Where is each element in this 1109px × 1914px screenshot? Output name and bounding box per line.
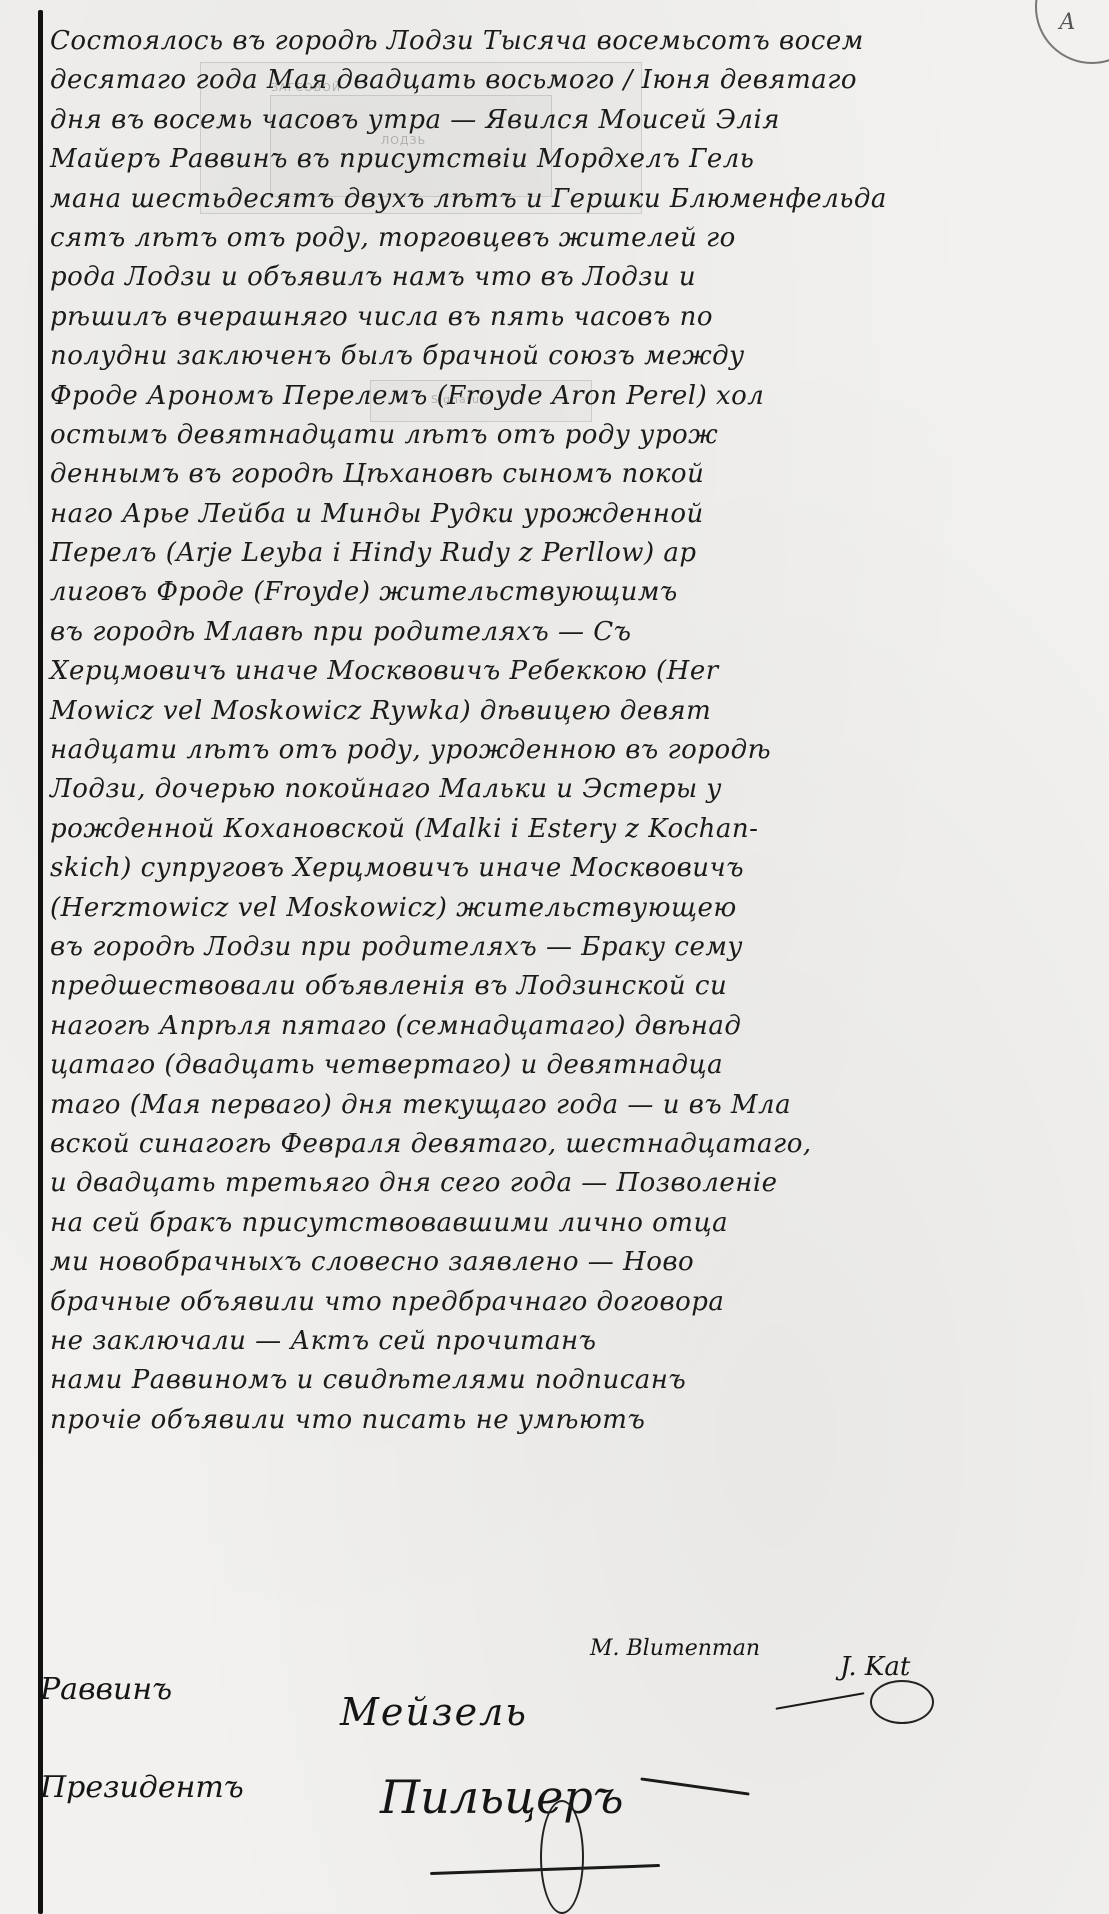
record-line: брачные объявили что предбрачнаго догово… <box>50 1283 1109 1322</box>
record-line: и двадцать третьяго дня сего года — Позв… <box>50 1164 1109 1203</box>
record-line: цатаго (двадцать четвертаго) и девятнадц… <box>50 1046 1109 1085</box>
record-line: надцати лѣтъ отъ роду, урожденною въ гор… <box>50 731 1109 770</box>
record-line: рожденной Кохановской (Malki i Estery z … <box>50 810 1109 849</box>
record-line: нагогѣ Апрѣля пятаго (семнадцатаго) двѣн… <box>50 1007 1109 1046</box>
record-line: Фроде Арономъ Перелемъ (Froyde Aron Pere… <box>50 377 1109 416</box>
record-line: мана шестьдесятъ двухъ лѣтъ и Гершки Блю… <box>50 180 1109 219</box>
signature-loop <box>540 1800 584 1914</box>
record-line: лиговъ Фроде (Froyde) жительствующимъ <box>50 573 1109 612</box>
record-line: не заключали — Актъ сей прочитанъ <box>50 1322 1109 1361</box>
record-line: остымъ девятнадцати лѣтъ отъ роду урож <box>50 416 1109 455</box>
record-line: на сей бракъ присутствовавшими лично отц… <box>50 1204 1109 1243</box>
record-line: дня въ восемь часовъ утра — Явился Моисе… <box>50 101 1109 140</box>
record-line: Перелъ (Arje Leyba i Hindy Rudy z Perllo… <box>50 534 1109 573</box>
record-line: Майеръ Раввинъ въ присутствіи Мордхелъ Г… <box>50 140 1109 179</box>
record-line: наго Арье Лейба и Минды Рудки урожденной <box>50 495 1109 534</box>
witness-signature-2: J. Kat <box>840 1652 910 1682</box>
record-line: (Herzmowicz vel Moskowicz) жительствующе… <box>50 889 1109 928</box>
record-line: рода Лодзи и объявилъ намъ что въ Лодзи … <box>50 258 1109 297</box>
record-line: вской синагогѣ Февраля девятаго, шестнад… <box>50 1125 1109 1164</box>
record-line: нами Раввиномъ и свидѣтелями подписанъ <box>50 1361 1109 1400</box>
record-line: ми новобрачныхъ словесно заявлено — Ново <box>50 1243 1109 1282</box>
signature-underline <box>430 1864 660 1875</box>
witness-signature-loop <box>870 1680 934 1724</box>
record-line: Mowicz vel Moskowicz Rywka) дѣвицею девя… <box>50 692 1109 731</box>
record-line: десятаго года Мая двадцать восьмого / Ію… <box>50 61 1109 100</box>
president-signature: Пильцеръ <box>380 1770 624 1824</box>
president-label: Президентъ <box>40 1770 244 1805</box>
rabbi-label: Раввинъ <box>40 1672 172 1707</box>
record-line: деннымъ въ городѣ Цѣхановѣ сыномъ покой <box>50 455 1109 494</box>
record-line: прочіе объявили что писать не умѣютъ <box>50 1401 1109 1440</box>
witness-signature-1: M. Blumenman <box>590 1636 760 1661</box>
record-line: рѣшилъ вчерашняго числа въ пять часовъ п… <box>50 298 1109 337</box>
record-line: Состоялось въ городѣ Лодзи Тысяча восемь… <box>50 22 1109 61</box>
witness-flourish <box>776 1692 865 1710</box>
record-line: въ городѣ Лодзи при родителяхъ — Браку с… <box>50 928 1109 967</box>
record-line: Лодзи, дочерью покойнаго Мальки и Эстеры… <box>50 770 1109 809</box>
record-line: полудни заключенъ былъ брачной союзъ меж… <box>50 337 1109 376</box>
record-line: таго (Мая перваго) дня текущаго года — и… <box>50 1086 1109 1125</box>
record-line: предшествовали объявленія въ Лодзинской … <box>50 967 1109 1006</box>
signature-flourish <box>640 1777 749 1795</box>
record-line: въ городѣ Млавѣ при родителяхъ — Съ <box>50 613 1109 652</box>
record-line: Херцмовичъ иначе Москвовичъ Ребеккою (He… <box>50 652 1109 691</box>
scanned-document-page: А ЗАГСОВОЙ ЛОДЗЬ Signature Состоялось въ… <box>0 0 1109 1914</box>
rabbi-signature: Мейзель <box>340 1690 528 1734</box>
record-line: сятъ лѣтъ отъ роду, торговцевъ жителей г… <box>50 219 1109 258</box>
record-line: skich) супруговъ Херцмовичъ иначе Москво… <box>50 849 1109 888</box>
left-margin-rule <box>38 10 43 1914</box>
handwritten-record-body: Состоялось въ городѣ Лодзи Тысяча восемь… <box>50 22 1109 1440</box>
